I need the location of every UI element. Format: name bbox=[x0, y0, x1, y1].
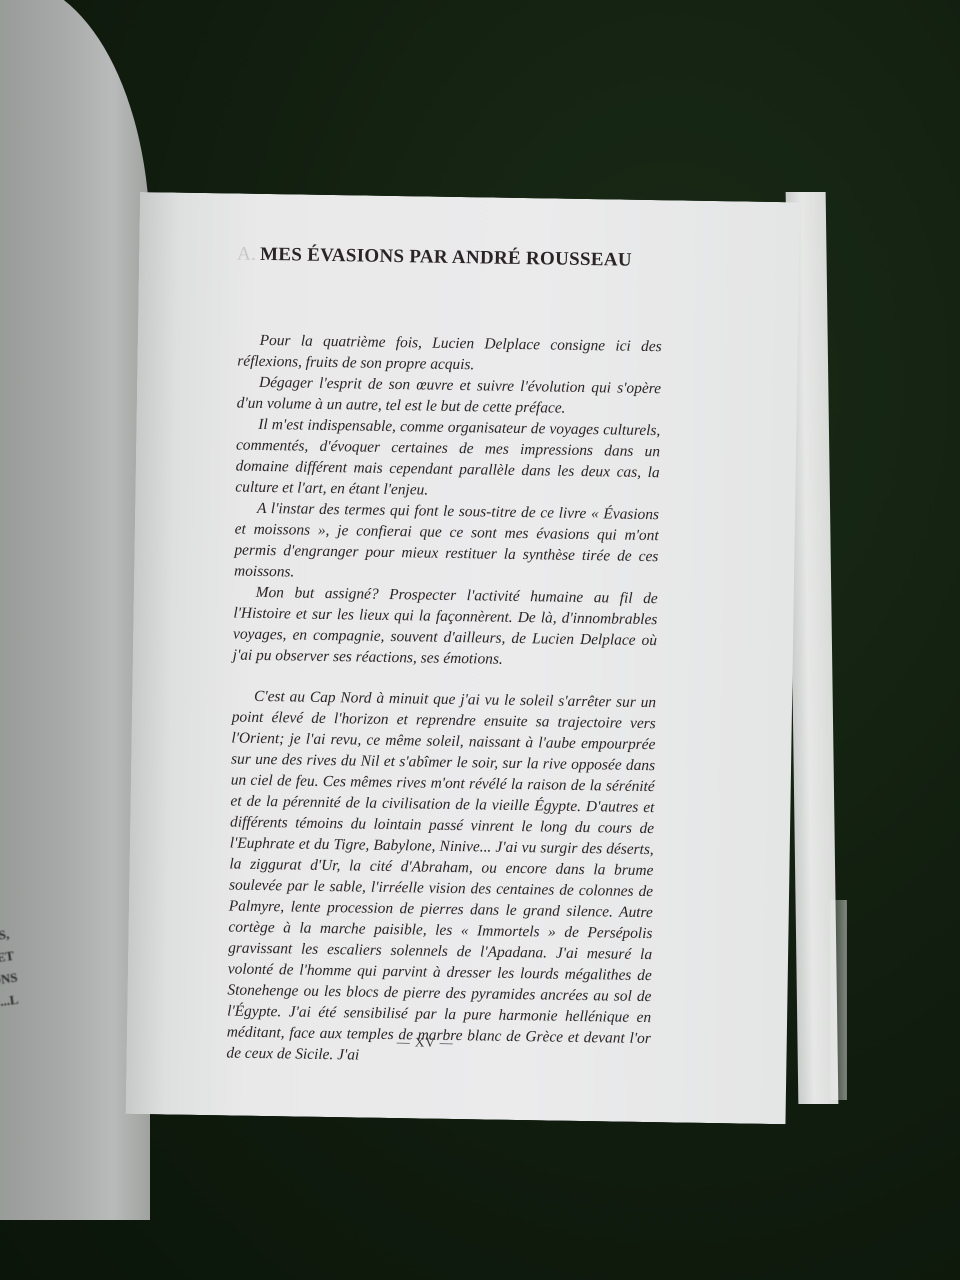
paragraph: A l'instar des termes qui font le sous-t… bbox=[234, 498, 659, 589]
heading-letter: A. bbox=[237, 244, 256, 265]
paragraph: Pour la quatrième fois, Lucien Delplace … bbox=[237, 330, 662, 379]
right-page: A.MES ÉVASIONS PAR ANDRÉ ROUSSEAU Pour l… bbox=[126, 192, 800, 1124]
page-number: — XV — bbox=[397, 1034, 454, 1051]
heading-text: MES ÉVASIONS PAR ANDRÉ ROUSSEAU bbox=[260, 244, 632, 271]
left-fragment: ...L bbox=[0, 989, 20, 1017]
paragraph: C'est au Cap Nord à minuit que j'ai vu l… bbox=[226, 686, 656, 1071]
left-page-text: ...NCES, ...970 ET ...TIONS ...L bbox=[0, 923, 20, 1017]
page-content: A.MES ÉVASIONS PAR ANDRÉ ROUSSEAU Pour l… bbox=[226, 244, 663, 1071]
main-section: C'est au Cap Nord à minuit que j'ai vu l… bbox=[226, 686, 656, 1071]
paragraph: Dégager l'esprit de son œuvre et suivre … bbox=[237, 372, 662, 421]
plastic-sleeve bbox=[830, 900, 847, 1100]
chapter-heading: A.MES ÉVASIONS PAR ANDRÉ ROUSSEAU bbox=[237, 244, 663, 273]
paragraph: Il m'est indispensable, comme organisate… bbox=[235, 414, 660, 505]
intro-section: Pour la quatrième fois, Lucien Delplace … bbox=[233, 330, 662, 673]
paragraph: Mon but assigné? Prospecter l'activité h… bbox=[233, 582, 658, 673]
